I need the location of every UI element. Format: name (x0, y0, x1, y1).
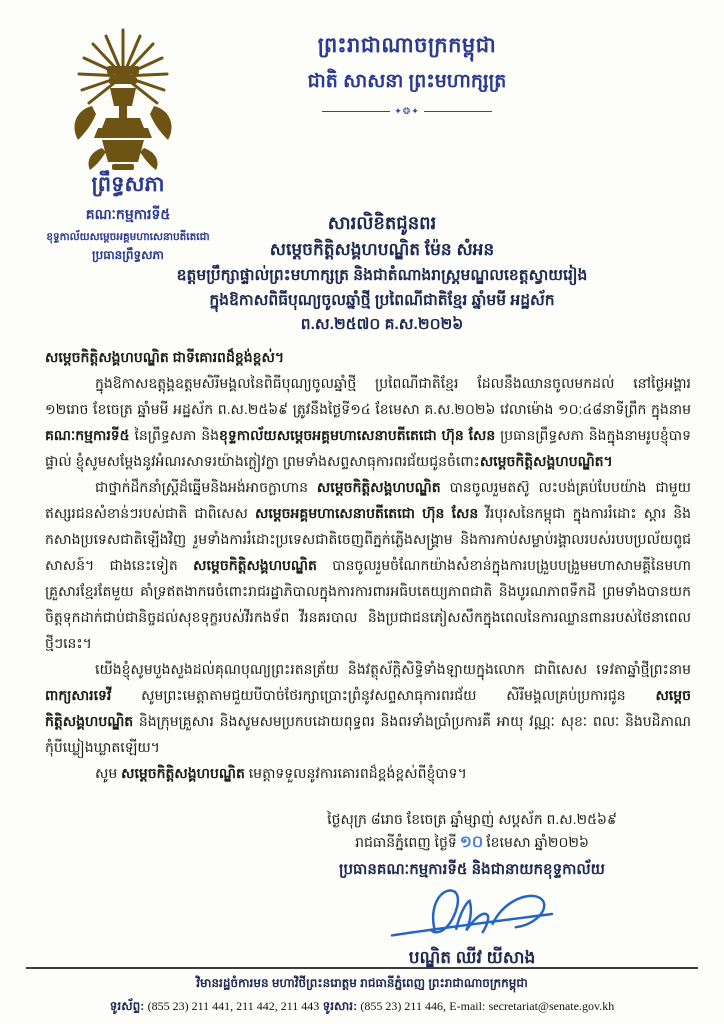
divider-line-right (424, 111, 492, 112)
body-text-run: និងក្រុមគ្រួសារ និងសូមសមប្រកបដោយពុទ្ធពរ … (45, 713, 691, 755)
email-label: E-mail: (449, 999, 485, 1013)
letter-title-block: សារលិខិតជូនពរ សម្ដេចកិត្តិសង្គហបណ្ឌិត ម៉… (60, 214, 704, 333)
handwritten-day: ១០ (457, 834, 486, 851)
emphasized-name-text: សម្ដេចកិត្តិសង្គហបណ្ឌិត ជាទីគោរពដ៏ខ្ពង់ខ… (45, 349, 284, 365)
emphasized-name-text: សម្ដេចកិត្តិសង្គហបណ្ឌិត។ (480, 453, 613, 469)
emphasized-name-text: សម្ដេចកិត្តិសង្គហបណ្ឌិត (317, 479, 441, 495)
recipient-name: សម្ដេចកិត្តិសង្គហបណ្ឌិត ម៉ែន សំអន (60, 241, 704, 258)
emphasized-name-text: សម្ដេចអគ្គមហាសេនាបតីតេជោ ហ៊ុន សែន (255, 505, 478, 521)
letter-body: សម្ដេចកិត្តិសង្គហបណ្ឌិត ជាទីគោរពដ៏ខ្ពង់ខ… (45, 344, 691, 786)
date-prefix: រាជធានីភ្នំពេញ ថ្ងៃទី (355, 834, 457, 850)
body-paragraph-1: ក្នុងឱកាសឧត្តុង្គឧត្តមសិរីមង្គលនៃពិធីបុណ… (45, 370, 691, 474)
emphasized-name-text: សម្ដេចកិត្តិសង្គហបណ្ឌិត (121, 765, 245, 781)
sender-institution: ព្រឹទ្ធសភា (2, 172, 254, 198)
ornamental-divider: ✦❂✦ (322, 107, 492, 116)
divider-line-left (322, 111, 390, 112)
divider-ornament-icon: ✦❂✦ (394, 107, 420, 116)
letter-title: សារលិខិតជូនពរ (60, 214, 704, 232)
phone-label: ទូរស័ព្ទ: (110, 999, 144, 1013)
letterhead-footer: វិមានរដ្ឋចំការមន មហាវិថីព្រះនរោត្តម រាជធ… (0, 967, 724, 1016)
signatory-name: បណ្ឌិត ឈីវ យីសាង (232, 949, 712, 966)
signer-position-title: ប្រធានគណៈកម្មការទី៥ និងជានាយកខុទ្ទកាល័យ (232, 862, 712, 877)
body-text-run: ជាថ្នាក់ដឹកនាំស្ត្រីដ៏ឆ្នើមនិងអង់អាចក្លា… (95, 479, 317, 495)
phone-numbers: (855 23) 211 441, 211 442, 211 443 (148, 999, 320, 1013)
date-suffix: ខែមេសា ឆ្នាំ២០២៦ (486, 834, 589, 850)
body-paragraph-2: ជាថ្នាក់ដឹកនាំស្ត្រីដ៏ឆ្នើមនិងអង់អាចក្លា… (45, 474, 691, 656)
email-address: secretariat@senate.gov.kh (489, 999, 615, 1013)
body-paragraph-4: សូម សម្ដេចកិត្តិសង្គហបណ្ឌិត មេត្តាទទួលនូ… (45, 760, 691, 786)
fax-number: (855 23) 211 446, (360, 999, 446, 1013)
body-text-run: យើងខ្ញុំសូមបួងសួងដល់គុណបុណ្យព្រះរតនត្រ័យ… (95, 661, 691, 677)
kingdom-motto: ជាតិ សាសនា ព្រះមហាក្សត្រ (120, 69, 694, 97)
body-text-run: សូមព្រះមេត្តាតាមជួយបីបាច់ថែរក្សាប្រោះព្រ… (111, 687, 655, 703)
occasion-line: ក្នុងឱកាសពិធីបុណ្យចូលឆ្នាំថ្មី ប្រពៃណីជា… (60, 293, 704, 309)
body-text-run: សូម (95, 765, 121, 781)
footer-contacts: ទូរស័ព្ទ: (855 23) 211 441, 211 442, 211… (0, 998, 724, 1016)
lunar-date-line: ថ្ងៃសុក្រ ៨រោច ខែចេត្រ ឆ្នាំម្សាញ់ សប្តស… (232, 812, 712, 826)
emphasized-name-text: គណៈកម្មការទី៥ (45, 427, 130, 443)
body-paragraph-0: សម្ដេចកិត្តិសង្គហបណ្ឌិត ជាទីគោរពដ៏ខ្ពង់ខ… (45, 344, 691, 370)
footer-address: វិមានរដ្ឋចំការមន មហាវិថីព្រះនរោត្តម រាជធ… (0, 975, 724, 993)
kingdom-header: ព្រះរាជាណាចក្រកម្ពុជា ជាតិ សាសនា ព្រះមហា… (120, 32, 694, 116)
emphasized-name-text: ខុទ្ទកាល័យសម្ដេចអគ្គមហាសេនាបតីតេជោ ហ៊ុន … (219, 427, 495, 443)
emphasized-name-text: ពាក្យសារទេវី (45, 687, 111, 703)
signature-blue-ink-icon (232, 881, 712, 947)
kingdom-title: ព្រះរាជាណាចក្រកម្ពុជា (120, 32, 694, 63)
recipient-position: ឧត្តមប្រឹក្សាផ្ទាល់ព្រះមហាក្សត្រ និងជាតំ… (60, 268, 704, 284)
signoff-block: ថ្ងៃសុក្រ ៨រោច ខែចេត្រ ឆ្នាំម្សាញ់ សប្តស… (232, 812, 712, 966)
gregorian-date-line: រាជធានីភ្នំពេញ ថ្ងៃទី១០ខែមេសា ឆ្នាំ២០២៦ (232, 835, 712, 851)
emphasized-name-text: សម្ដេចកិត្តិសង្គហបណ្ឌិត (193, 557, 317, 573)
body-text-run: ក្នុងឱកាសឧត្តុង្គឧត្តមសិរីមង្គលនៃពិធីបុណ… (45, 375, 691, 417)
fax-label: ទូរសារ: (323, 999, 357, 1013)
body-paragraph-3: យើងខ្ញុំសូមបួងសួងដល់គុណបុណ្យព្រះរតនត្រ័យ… (45, 656, 691, 760)
body-text-run: មេត្តាទទួលនូវការគោរពដ៏ខ្ពង់ខ្ពស់ពីខ្ញុំប… (245, 765, 467, 781)
year-line: ព.ស.២៥៧០ គ.ស.២០២៦ (60, 317, 704, 333)
footer-divider (26, 967, 698, 969)
body-text-run: នៃព្រឹទ្ធសភា និង (130, 427, 219, 443)
letter-page: ព្រះរាជាណាចក្រកម្ពុជា ជាតិ សាសនា ព្រះមហា… (0, 0, 724, 1024)
